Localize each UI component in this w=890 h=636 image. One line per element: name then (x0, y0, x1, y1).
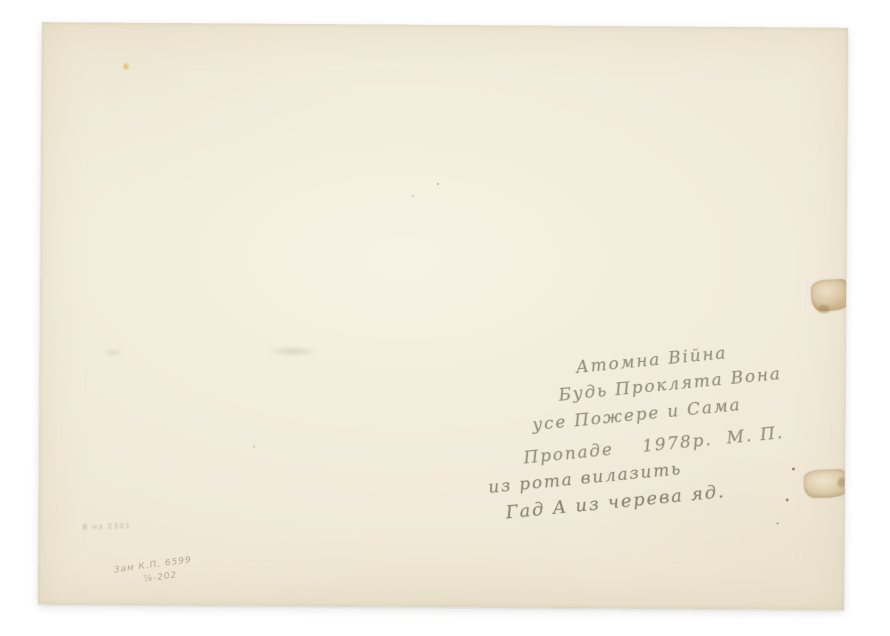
artwork-paper-verso: В нз 2301 Атомна Війна Будь Проклята Вон… (38, 22, 848, 610)
photo-background: В нз 2301 Атомна Війна Будь Проклята Вон… (0, 0, 890, 636)
faint-stamp: В нз 2301 (82, 522, 131, 531)
archive-note: Зам К.П. 6599 ⅞-202 (113, 551, 227, 605)
foxing-speck (412, 195, 414, 197)
foxing-speck (253, 446, 255, 448)
archive-note-line: ⅞-202 (143, 570, 178, 584)
foxing-speck (437, 183, 439, 185)
yellow-stain (123, 63, 130, 71)
erased-smudge (260, 345, 326, 358)
faint-smudge (98, 348, 128, 358)
inscription-block: Атомна Війна Будь Проклята Вона усе Поже… (470, 305, 848, 559)
